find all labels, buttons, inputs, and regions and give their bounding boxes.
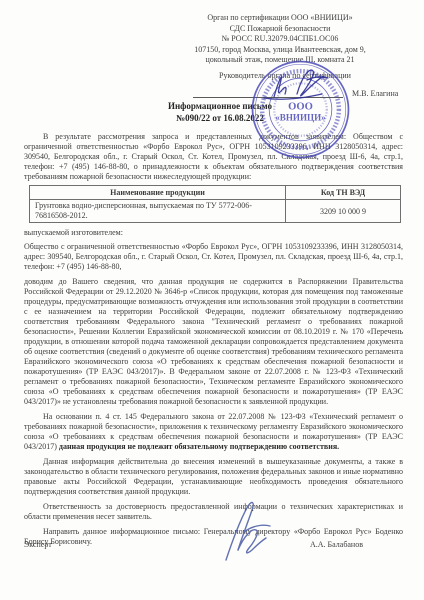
- table-row: Грунтовка водно-дисперсионная, выпускаем…: [30, 200, 401, 223]
- paragraph-regulations: доводим до Вашего сведения, что данная п…: [24, 277, 403, 407]
- product-table: Наименование продукции Код ТН ВЭД Грунто…: [29, 185, 401, 223]
- org-system-line: СДС Пожарной безопасности: [140, 24, 420, 35]
- letter-body: В результате рассмотрения запроса и пред…: [24, 132, 403, 550]
- letter-number-date: №090/22 от 16.08.2022: [0, 113, 424, 125]
- stamp-org-name: «ВНИИЦИ»: [275, 113, 326, 123]
- maker-label: выпускаемой изготовителем:: [24, 228, 403, 238]
- expert-signature-icon: [208, 498, 283, 570]
- head-name: М.В. Елагина: [352, 89, 398, 98]
- product-name-cell: Грунтовка водно-дисперсионная, выпускаем…: [30, 200, 286, 223]
- paragraph-manufacturer: Общество с ограниченной ответственностью…: [24, 242, 403, 272]
- paragraph-conclusion: На основании п. 4 ст. 145 Федерального з…: [24, 412, 403, 452]
- letter-title-line1: Информационное письмо: [0, 101, 424, 113]
- head-signature-icon: [252, 64, 347, 106]
- letter-title: Информационное письмо №090/22 от 16.08.2…: [0, 101, 424, 124]
- column-header-product: Наименование продукции: [30, 186, 286, 200]
- column-header-code: Код ТН ВЭД: [286, 186, 401, 200]
- org-name-line: Орган по сертификации ООО «ВНИИЦИ»: [140, 13, 420, 24]
- org-reg-number: № РОСС RU.32079.04СПБ1.ОС06: [140, 34, 420, 45]
- product-code-cell: 3209 10 000 9: [286, 200, 401, 223]
- conclusion-bold-text: данная продукция не подлежит обязательно…: [59, 442, 339, 451]
- table-header-row: Наименование продукции Код ТН ВЭД: [30, 186, 401, 200]
- org-address-line1: 107150, город Москва, улица Ивантеевская…: [140, 45, 420, 56]
- document-page: Орган по сертификации ООО «ВНИИЦИ» СДС П…: [0, 0, 424, 600]
- paragraph-validity: Данная информация действительна до внесе…: [24, 457, 403, 497]
